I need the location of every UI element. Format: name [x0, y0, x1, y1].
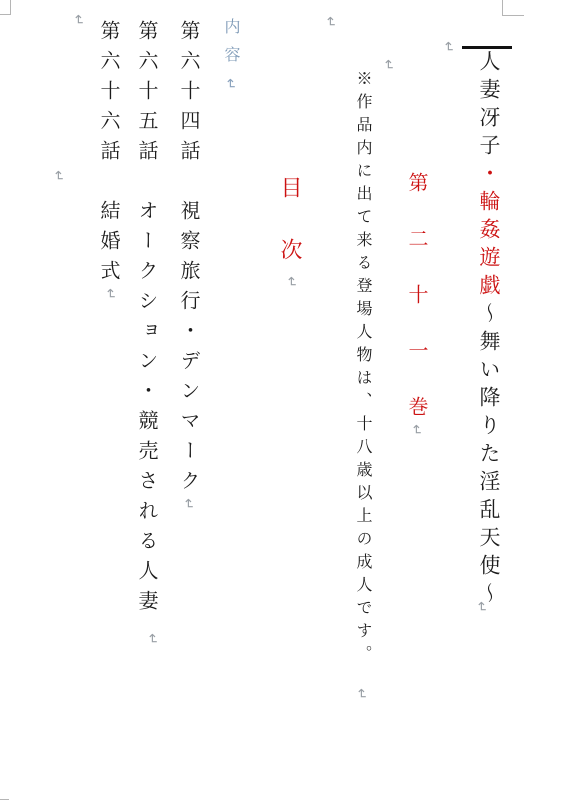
- paragraph-mark-icon: ↵: [223, 77, 237, 91]
- title-overline-rule: [462, 46, 512, 49]
- paragraph-mark-icon: ↵: [145, 632, 159, 646]
- title-black-prefix[interactable]: 人妻冴子: [477, 50, 501, 162]
- toc-heading[interactable]: 目 次: [279, 176, 301, 269]
- text-boundary-mark-top-right: [502, 15, 524, 16]
- paragraph-mark-icon: ↵: [181, 497, 195, 511]
- chapter-entry-64[interactable]: 第六十四話 視察旅行・デンマーク: [178, 20, 198, 500]
- chapter-entry-65[interactable]: 第六十五話 オークション・競売される人妻: [136, 20, 156, 620]
- paragraph-mark-icon: ↵: [284, 275, 298, 289]
- document-title[interactable]: 人妻冴子・輪姦遊戯～舞い降りた淫乱天使～: [478, 50, 499, 610]
- text-boundary-mark-top-left: [10, 0, 11, 15]
- disclaimer-text[interactable]: ※作品内に出て来る登場人物は、十八歳以上の成人です。: [354, 70, 370, 668]
- paragraph-mark-icon: ↵: [103, 287, 117, 301]
- title-black-suffix[interactable]: ～舞い降りた淫乱天使～: [477, 302, 501, 610]
- paragraph-mark-icon: ↵: [354, 687, 368, 701]
- paragraph-mark-icon: ↵: [409, 423, 423, 437]
- contents-label[interactable]: 内容: [222, 18, 238, 74]
- text-boundary-mark-top-left: [0, 14, 11, 15]
- title-red-segment[interactable]: ・輪姦遊戯: [477, 162, 501, 302]
- chapter-entry-66[interactable]: 第六十六話 結婚式: [98, 20, 118, 290]
- paragraph-mark-icon: ↵: [323, 15, 337, 29]
- paragraph-mark-icon: ↵: [51, 169, 65, 183]
- paragraph-mark-icon: ↵: [441, 40, 455, 54]
- text-boundary-mark-top-right: [502, 0, 503, 16]
- volume-label[interactable]: 第 二 十 一 巻: [406, 172, 426, 424]
- paragraph-mark-icon: ↵: [474, 600, 488, 614]
- text-boundary-mark-bottom-left: [0, 799, 9, 800]
- paragraph-mark-icon: ↵: [71, 13, 85, 27]
- paragraph-mark-icon: ↵: [381, 58, 395, 72]
